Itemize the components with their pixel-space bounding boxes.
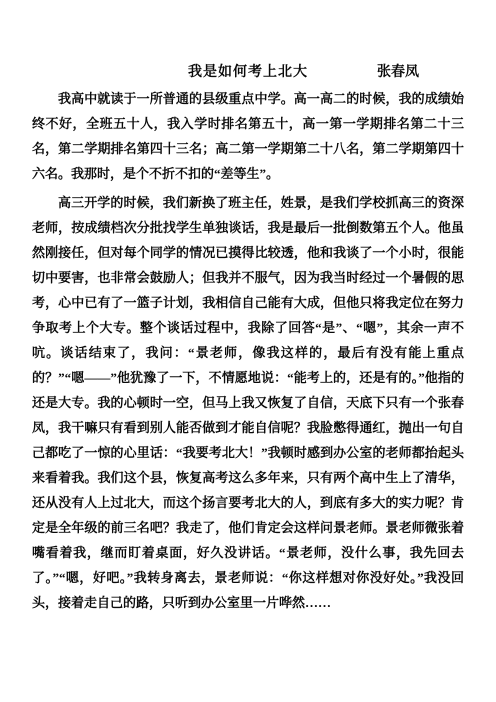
paragraph: 高三开学的时候，我们新换了班主任，姓景，是我们学校抓高三的资深老师，按成绩档次分… <box>32 190 464 615</box>
document-body: 我高中就读于一所普通的县级重点中学。高一高二的时候，我的成绩始终不好，全班五十人… <box>32 86 464 615</box>
document-author: 张春凤 <box>377 61 419 81</box>
paragraph: 我高中就读于一所普通的县级重点中学。高一高二的时候，我的成绩始终不好，全班五十人… <box>32 86 464 186</box>
document-page: 我是如何考上北大 张春凤 我高中就读于一所普通的县级重点中学。高一高二的时候，我… <box>0 0 496 702</box>
document-title: 我是如何考上北大 <box>188 61 308 81</box>
heading-row: 我是如何考上北大 张春凤 <box>0 61 496 86</box>
